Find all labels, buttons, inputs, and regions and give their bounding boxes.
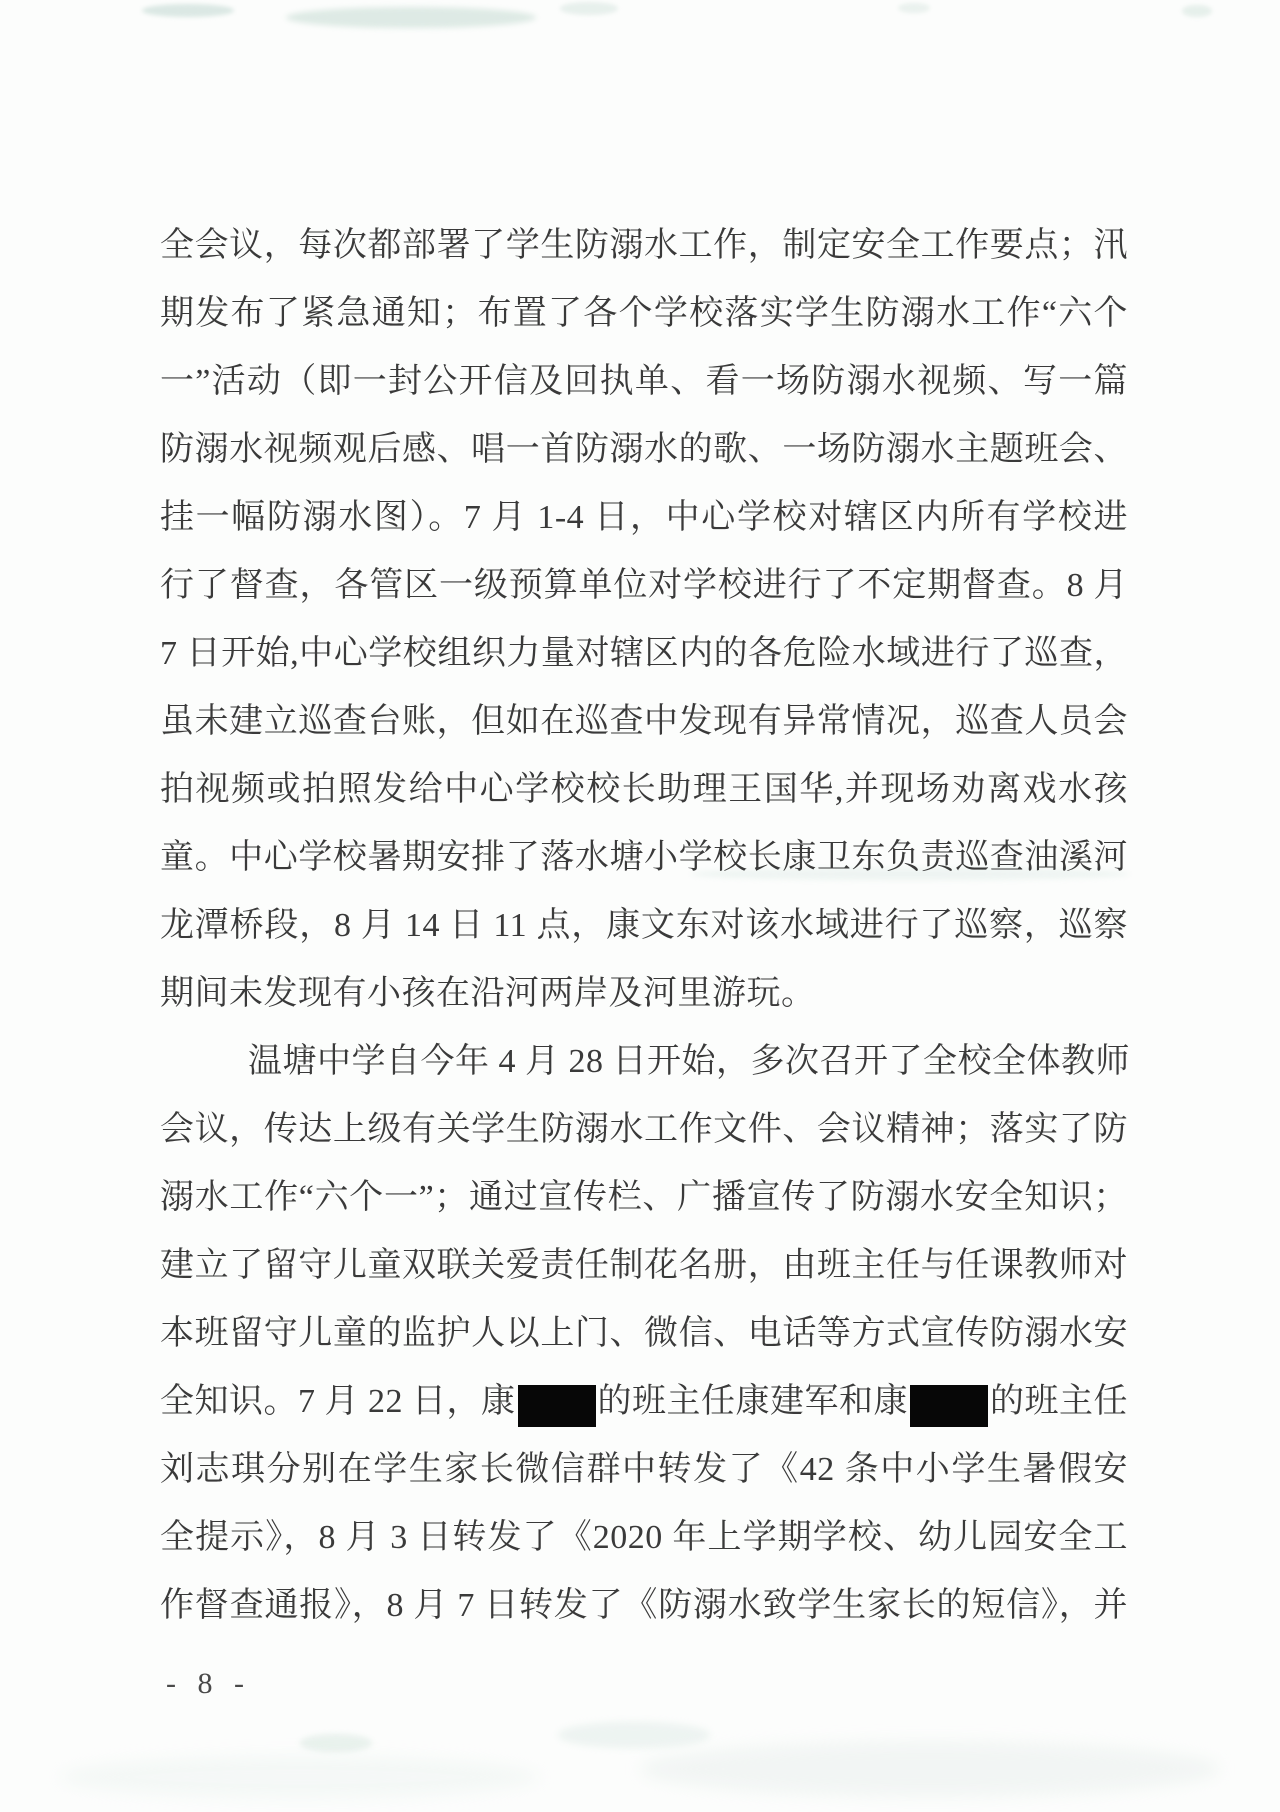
redacted-line-text-1: 全知识。7 月 22 日，康 — [160, 1368, 516, 1436]
redaction-box — [910, 1385, 988, 1427]
paragraph2-line-5: 本班留守儿童的监护人以上门、微信、电话等方式宣传防溺水安 — [160, 1300, 1128, 1368]
redaction-box — [518, 1385, 596, 1427]
paragraph1-line-7: 7 日开始,中心学校组织力量对辖区内的各危险水域进行了巡查， — [160, 620, 1128, 688]
scan-artifact — [1182, 5, 1212, 17]
paragraph2-line-9: 作督查通报》，8 月 7 日转发了《防溺水致学生家长的短信》，并 — [160, 1572, 1128, 1640]
paragraph2-line-4: 建立了留守儿童双联关爱责任制花名册，由班主任与任课教师对 — [160, 1232, 1128, 1300]
scan-artifact — [142, 4, 234, 17]
scan-artifact — [898, 3, 930, 13]
paragraph2-line-7: 刘志琪分别在学生家长微信群中转发了《42 条中小学生暑假安 — [160, 1436, 1128, 1504]
paragraph2-line-3: 溺水工作“六个一”；通过宣传栏、广播宣传了防溺水安全知识； — [160, 1164, 1128, 1232]
paragraph1-line-3: 一”活动（即一封公开信及回执单、看一场防溺水视频、写一篇 — [160, 348, 1128, 416]
paragraph1-line-10: 童。中心学校暑期安排了落水塘小学校长康卫东负责巡查油溪河 — [160, 824, 1128, 892]
scan-artifact — [60, 1756, 540, 1798]
scan-artifact — [640, 1742, 1220, 1796]
paragraph1-line-2: 期发布了紧急通知；布置了各个学校落实学生防溺水工作“六个 — [160, 280, 1128, 348]
paragraph1-line-12: 期间未发现有小孩在沿河两岸及河里游玩。 — [160, 960, 1128, 1028]
scanned-document-page: 全会议，每次都部署了学生防溺水工作，制定安全工作要点；汛 期发布了紧急通知；布置… — [0, 0, 1280, 1812]
scan-artifact — [286, 7, 536, 28]
paragraph2-line-6-redacted: 全知识。7 月 22 日，康 的班主任康建军和康 的班主任 — [160, 1368, 1128, 1436]
paragraph1-line-11: 龙潭桥段，8 月 14 日 11 点，康文东对该水域进行了巡察，巡察 — [160, 892, 1128, 960]
paragraph1-line-1: 全会议，每次都部署了学生防溺水工作，制定安全工作要点；汛 — [160, 212, 1128, 280]
paragraph1-line-5: 挂一幅防溺水图）。7 月 1-4 日，中心学校对辖区内所有学校进 — [160, 484, 1128, 552]
paragraph1-line-9: 拍视频或拍照发给中心学校校长助理王国华,并现场劝离戏水孩 — [160, 756, 1128, 824]
page-number: - 8 - — [166, 1664, 251, 1704]
scan-artifact — [560, 2, 618, 15]
paragraph2-line-1: 温塘中学自今年 4 月 28 日开始，多次召开了全校全体教师 — [160, 1028, 1128, 1096]
paragraph2-line-8: 全提示》，8 月 3 日转发了《2020 年上学期学校、幼儿园安全工 — [160, 1504, 1128, 1572]
paragraph2-line-2: 会议，传达上级有关学生防溺水工作文件、会议精神；落实了防 — [160, 1096, 1128, 1164]
paragraph1-line-4: 防溺水视频观后感、唱一首防溺水的歌、一场防溺水主题班会、 — [160, 416, 1128, 484]
redacted-line-text-3: 的班主任 — [990, 1368, 1128, 1436]
scan-artifact — [558, 1722, 710, 1748]
paragraph1-line-8: 虽未建立巡查台账，但如在巡查中发现有异常情况，巡查人员会 — [160, 688, 1128, 756]
redacted-line-text-2: 的班主任康建军和康 — [598, 1368, 909, 1436]
body-text: 全会议，每次都部署了学生防溺水工作，制定安全工作要点；汛 期发布了紧急通知；布置… — [160, 212, 1128, 1640]
paragraph1-line-6: 行了督查，各管区一级预算单位对学校进行了不定期督查。8 月 — [160, 552, 1128, 620]
scan-artifact — [300, 1734, 372, 1752]
